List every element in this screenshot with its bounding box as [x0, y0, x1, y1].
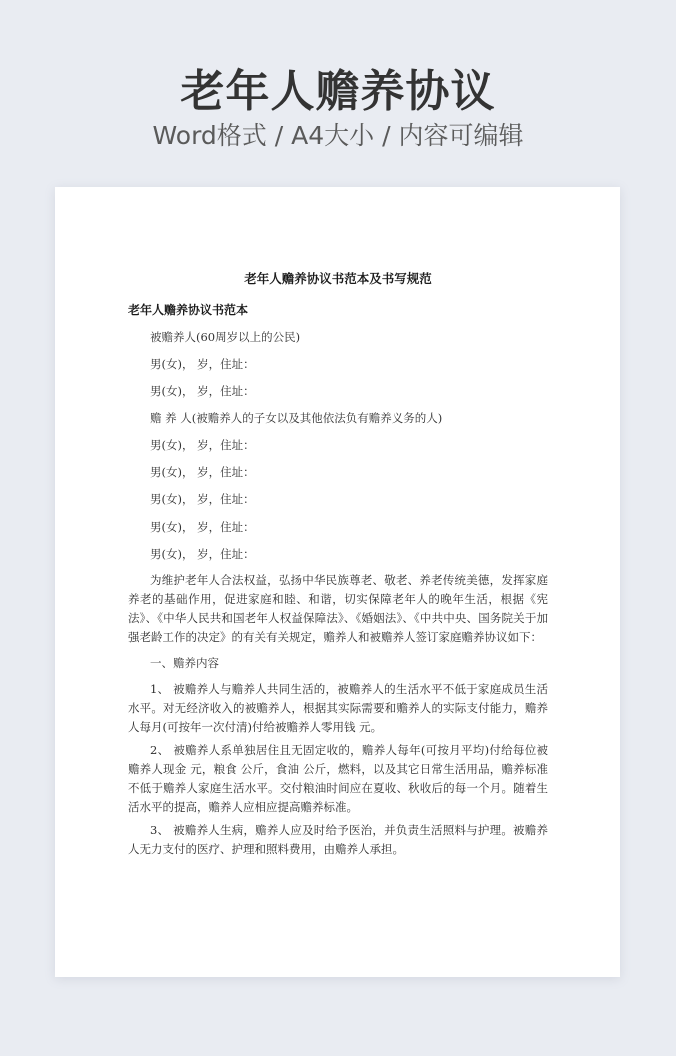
party-line: 男(女)， 岁，住址： — [150, 464, 255, 480]
party-label-supported: 被赡养人(60周岁以上的公民) — [150, 329, 300, 345]
clause-2: 2、 被赡养人系单独居住且无固定收的，赡养人每年(可按月平均)付给每位被赡养人现… — [128, 741, 548, 817]
hero-subtitle: Word格式 / A4大小 / 内容可编辑 — [0, 119, 676, 153]
party-label-supporter: 赡 养 人(被赡养人的子女以及其他依法负有赡养义务的人) — [150, 410, 442, 426]
clause-3: 3、 被赡养人生病，赡养人应及时给予医治，并负责生活照料与护理。被赡养人无力支付… — [128, 821, 548, 859]
document-title: 老年人赡养协议书范本及书写规范 — [128, 269, 548, 287]
hero-title: 老年人赡养协议 — [0, 64, 676, 120]
clause-1: 1、 被赡养人与赡养人共同生活的，被赡养人的生活水平不低于家庭成员生活水平。对无… — [128, 680, 548, 737]
heading-content: 一、赡养内容 — [150, 655, 219, 671]
party-line: 男(女)， 岁，住址： — [150, 437, 255, 453]
preamble-paragraph: 为维护老年人合法权益，弘扬中华民族尊老、敬老、养老传统美德，发挥家庭养老的基础作… — [128, 571, 548, 647]
document-page: 老年人赡养协议书范本及书写规范 老年人赡养协议书范本 被赡养人(60周岁以上的公… — [55, 187, 620, 977]
section-title: 老年人赡养协议书范本 — [128, 301, 248, 318]
party-line: 男(女)， 岁，住址： — [150, 491, 255, 507]
party-line: 男(女)， 岁，住址： — [150, 546, 255, 562]
party-line: 男(女)， 岁，住址： — [150, 519, 255, 535]
party-line: 男(女)， 岁，住址： — [150, 356, 255, 372]
party-line: 男(女)， 岁，住址： — [150, 383, 255, 399]
